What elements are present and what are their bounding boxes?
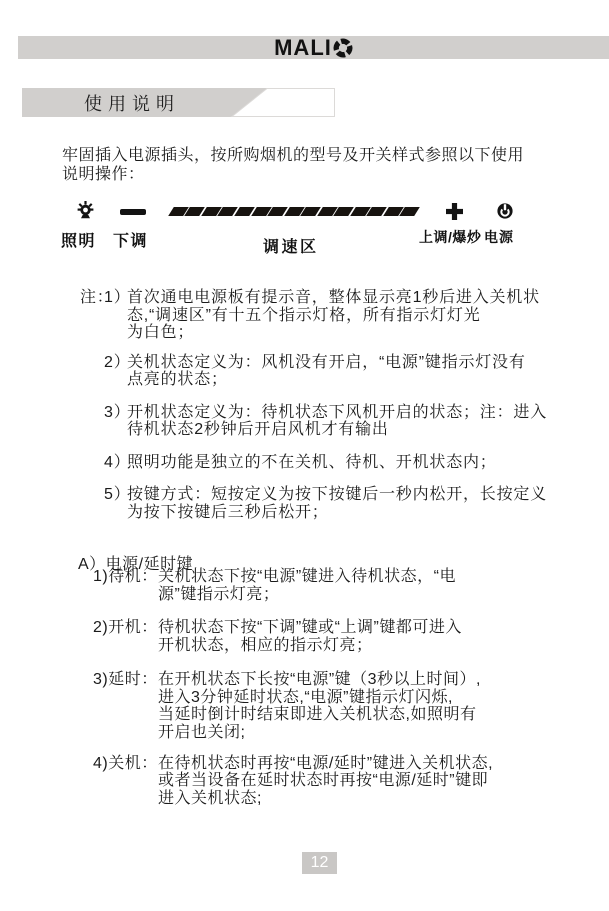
intro-line: 说明操作： xyxy=(62,165,562,184)
note-number: 4） xyxy=(104,454,127,472)
note-text: 首次通电电源板有提示音，整体显示亮1秒后进入关机状 态,“调速区”有十五个指示灯… xyxy=(127,289,540,342)
section-a-item-text: 在待机状态时再按“电源/延时”键进入关机状态, 或者当设备在延时状态时再按“电源… xyxy=(158,755,493,808)
minus-icon xyxy=(120,209,146,215)
lamp-icon xyxy=(75,200,96,226)
section-a-item-label: 2)开机： xyxy=(93,619,158,654)
speed-zone-bar xyxy=(170,207,418,216)
speed-segment xyxy=(400,207,420,216)
note-number: 1） xyxy=(104,289,127,342)
speed-zone-label: 调速区 xyxy=(263,234,319,257)
header-bar: MALI xyxy=(18,36,609,59)
note-number: 2） xyxy=(104,354,127,389)
note-text: 开机状态定义为：待机状态下风机开启的状态；注：进入 待机状态2秒钟后开启风机才有… xyxy=(127,404,547,439)
plus-icon xyxy=(446,203,463,225)
section-a-item-label: 4)关机： xyxy=(93,755,158,808)
note-number: 3） xyxy=(104,404,127,439)
power-icon xyxy=(497,203,513,224)
page-number: 12 xyxy=(311,854,329,872)
section-a-item-text: 待机状态下按“下调”键或“上调”键都可进入 开机状态，相应的指示灯亮； xyxy=(158,619,462,654)
note-item: 3） 开机状态定义为：待机状态下风机开启的状态；注：进入 待机状态2秒钟后开启风… xyxy=(80,404,558,439)
section-a-item: 4)关机： 在待机状态时再按“电源/延时”键进入关机状态, 或者当设备在延时状态… xyxy=(93,755,568,808)
section-a-item: 3)延时： 在开机状态下长按“电源”键（3秒以上时间）, 进入3分钟延时状态,“… xyxy=(93,671,568,742)
section-tab: 使用说明 xyxy=(22,88,335,117)
section-a-list: 1)待机： 关机状态下按“电源”键进入待机状态，“电 源”键指示灯亮； 2)开机… xyxy=(93,568,568,808)
note-item: 注： 1） 首次通电电源板有提示音，整体显示亮1秒后进入关机状 态,“调速区”有… xyxy=(80,289,558,342)
section-a-item: 2)开机： 待机状态下按“下调”键或“上调”键都可进入 开机状态，相应的指示灯亮… xyxy=(93,619,568,654)
intro-line: 牢固插入电源插头，按所购烟机的型号及开关样式参照以下使用 xyxy=(62,146,562,165)
note-text: 照明功能是独立的不在关机、待机、开机状态内； xyxy=(127,454,497,472)
power-key-label: 电源 xyxy=(484,227,514,247)
section-a-item-text: 关机状态下按“电源”键进入待机状态，“电 源”键指示灯亮； xyxy=(158,568,456,603)
brand-logo-o-icon xyxy=(332,38,353,58)
note-item: 4） 照明功能是独立的不在关机、待机、开机状态内； xyxy=(80,454,558,472)
page-number-badge: 12 xyxy=(302,852,337,874)
section-a-item-text: 在开机状态下长按“电源”键（3秒以上时间）, 进入3分钟延时状态,“电源”键指示… xyxy=(158,671,481,742)
section-a-item-label: 1)待机： xyxy=(93,568,158,603)
tab-end-slant-shape xyxy=(22,88,335,117)
note-item: 2） 关机状态定义为：风机没有开启，“电源”键指示灯没有 点亮的状态； xyxy=(80,354,558,389)
section-a-item: 1)待机： 关机状态下按“电源”键进入待机状态，“电 源”键指示灯亮； xyxy=(93,568,568,603)
intro-paragraph: 牢固插入电源插头，按所购烟机的型号及开关样式参照以下使用 说明操作： xyxy=(62,146,562,184)
brand-logo-text: MALI xyxy=(274,37,332,59)
section-a-item-label: 3)延时： xyxy=(93,671,158,742)
up-key-label: 上调/爆炒 xyxy=(419,227,481,247)
note-text: 按键方式：短按定义为按下按键后一秒内松开，长按定义 为按下按键后三秒后松开； xyxy=(127,486,547,521)
down-key-label: 下调 xyxy=(113,228,148,251)
note-item: 5） 按键方式：短按定义为按下按键后一秒内松开，长按定义 为按下按键后三秒后松开… xyxy=(80,486,558,521)
brand-logo: MALI xyxy=(274,37,353,59)
lamp-key-label: 照明 xyxy=(61,228,96,251)
note-text: 关机状态定义为：风机没有开启，“电源”键指示灯没有 点亮的状态； xyxy=(127,354,526,389)
notes-list: 注： 1） 首次通电电源板有提示音，整体显示亮1秒后进入关机状 态,“调速区”有… xyxy=(80,289,558,536)
note-prefix: 注： xyxy=(80,289,104,342)
note-number: 5） xyxy=(104,486,127,521)
